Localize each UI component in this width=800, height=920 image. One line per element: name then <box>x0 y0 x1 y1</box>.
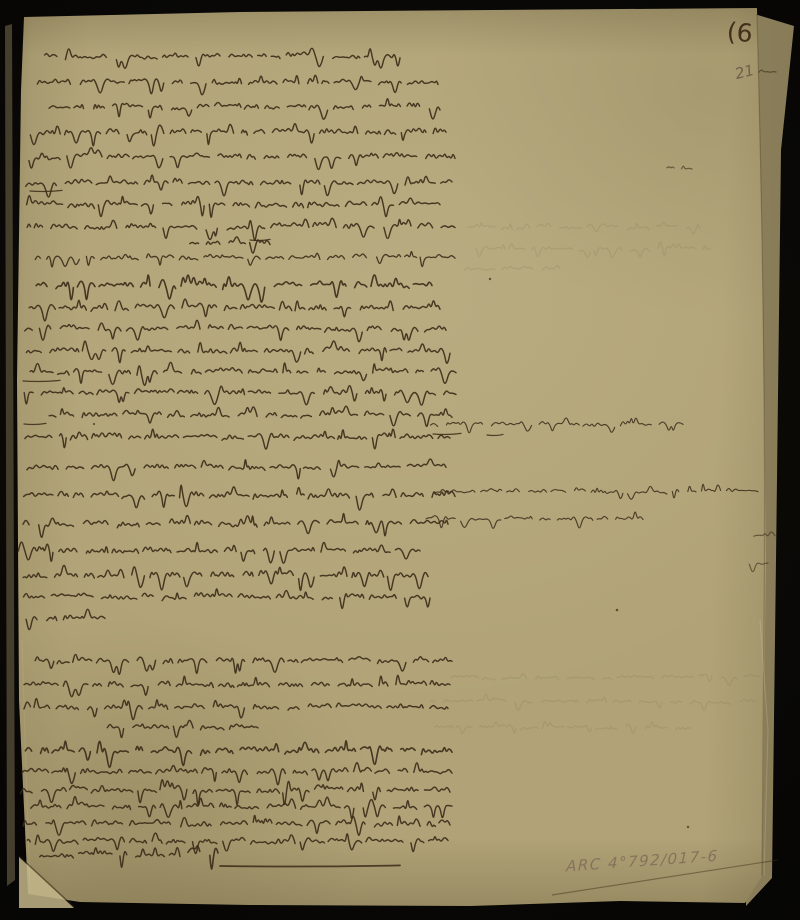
manuscript-page <box>0 0 800 920</box>
scan-background: (6 21 ARC 4°792/017-6 <box>0 0 800 920</box>
